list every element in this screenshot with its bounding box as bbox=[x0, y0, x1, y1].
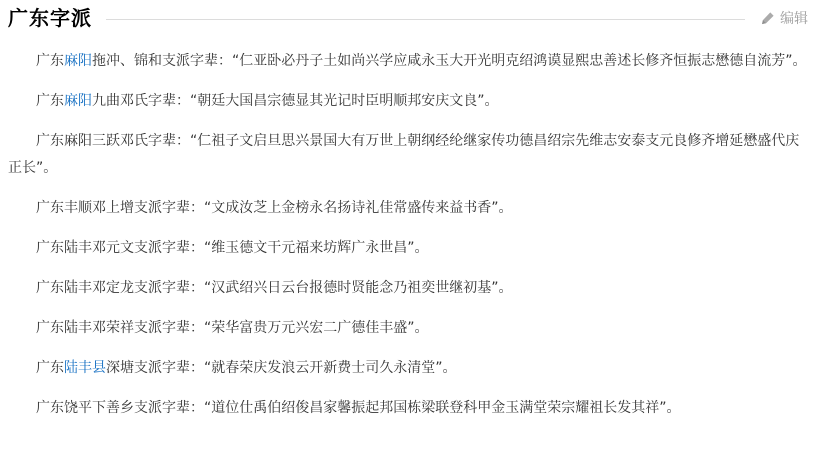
edit-pencil-icon bbox=[761, 11, 775, 25]
paragraph-text: 广东 bbox=[36, 53, 64, 69]
paragraph-text: 广东陆丰邓元文支派字辈：“维玉德文干元福来坊辉广永世昌”。 bbox=[36, 240, 429, 256]
paragraph-mayang-tuochong: 广东麻阳拖冲、锦和支派字辈：“仁亚卧必丹子土如尚兴学应咸永玉大开光明克绍鸿谟显熙… bbox=[8, 48, 812, 75]
edit-link-label: 编辑 bbox=[780, 8, 808, 28]
paragraph-text: 深塘支派字辈：“就春荣庆发浪云开新费士司久永清堂”。 bbox=[106, 360, 457, 376]
paragraph-text: 广东 bbox=[36, 360, 64, 376]
link-mayang-1[interactable]: 麻阳 bbox=[64, 53, 92, 69]
paragraph-fengshun: 广东丰顺邓上增支派字辈：“文成汝芝上金榜永名扬诗礼佳常盛传来益书香”。 bbox=[8, 195, 812, 222]
paragraph-text: 广东麻阳三跃邓氏字辈：“仁祖子文启旦思兴景国大有万世上朝纲经纶继家传功德昌绍宗先… bbox=[8, 133, 799, 176]
paragraph-raoping: 广东饶平下善乡支派字辈：“道位仕禹伯绍俊昌家馨振起邦国栋梁联登科甲金玉满堂荣宗耀… bbox=[8, 395, 812, 422]
paragraph-text: 广东丰顺邓上增支派字辈：“文成汝芝上金榜永名扬诗礼佳常盛传来益书香”。 bbox=[36, 200, 513, 216]
page-title: 广东字派 bbox=[8, 4, 92, 32]
section-header: 广东字派 编辑 bbox=[8, 4, 812, 32]
paragraph-mayang-jiuqu: 广东麻阳九曲邓氏字辈：“朝廷大国昌宗德显其光记时臣明顺邦安庆文良”。 bbox=[8, 88, 812, 115]
paragraph-text: 九曲邓氏字辈：“朝廷大国昌宗德显其光记时臣明顺邦安庆文良”。 bbox=[92, 93, 499, 109]
edit-link[interactable]: 编辑 bbox=[761, 8, 812, 28]
paragraph-lufeng-yuanwen: 广东陆丰邓元文支派字辈：“维玉德文干元福来坊辉广永世昌”。 bbox=[8, 235, 812, 262]
article-section: 广东字派 编辑 广东麻阳拖冲、锦和支派字辈：“仁亚卧必丹子土如尚兴学应咸永玉大开… bbox=[0, 0, 820, 422]
paragraph-text: 拖冲、锦和支派字辈：“仁亚卧必丹子土如尚兴学应咸永玉大开光明克绍鸿谟显熙忠善述长… bbox=[92, 53, 807, 69]
paragraph-lufengxian-shentang: 广东陆丰县深塘支派字辈：“就春荣庆发浪云开新费士司久永清堂”。 bbox=[8, 355, 812, 382]
paragraph-lufeng-rongxiang: 广东陆丰邓荣祥支派字辈：“荣华富贵万元兴宏二广德佳丰盛”。 bbox=[8, 315, 812, 342]
paragraph-text: 广东饶平下善乡支派字辈：“道位仕禹伯绍俊昌家馨振起邦国栋梁联登科甲金玉满堂荣宗耀… bbox=[36, 400, 681, 416]
title-divider bbox=[106, 19, 745, 20]
paragraph-text: 广东陆丰邓荣祥支派字辈：“荣华富贵万元兴宏二广德佳丰盛”。 bbox=[36, 320, 429, 336]
paragraph-lufeng-dinglong: 广东陆丰邓定龙支派字辈：“汉武绍兴日云台报德时贤能念乃祖奕世继初基”。 bbox=[8, 275, 812, 302]
paragraph-list: 广东麻阳拖冲、锦和支派字辈：“仁亚卧必丹子土如尚兴学应咸永玉大开光明克绍鸿谟显熙… bbox=[8, 48, 812, 422]
paragraph-text: 广东陆丰邓定龙支派字辈：“汉武绍兴日云台报德时贤能念乃祖奕世继初基”。 bbox=[36, 280, 513, 296]
link-mayang-2[interactable]: 麻阳 bbox=[64, 93, 92, 109]
paragraph-mayang-sanyue: 广东麻阳三跃邓氏字辈：“仁祖子文启旦思兴景国大有万世上朝纲经纶继家传功德昌绍宗先… bbox=[8, 128, 812, 182]
link-lufengxian[interactable]: 陆丰县 bbox=[64, 360, 106, 376]
paragraph-text: 广东 bbox=[36, 93, 64, 109]
